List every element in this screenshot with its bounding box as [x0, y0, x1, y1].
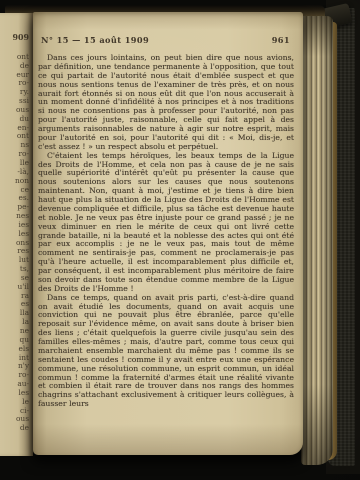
issue-label: N° 15 — 15 août 1909 [41, 35, 149, 45]
page-paragraphs: Dans ces jours lointains, on peut bien d… [38, 54, 294, 409]
paragraph: Dans ce temps, quand on avait pris parti… [38, 294, 294, 409]
facing-page-edge: 909 ontdeeurro-ry.ssiousduen-ontnsro-lle… [0, 13, 33, 456]
book-fore-edge-pages [301, 16, 333, 465]
facing-page-fragment: de [0, 424, 29, 433]
paragraph: Dans ces jours lointains, on peut bien d… [38, 54, 294, 152]
page-number: 961 [272, 35, 290, 45]
paragraph: C'étaient les temps héroïques, les beaux… [38, 152, 294, 294]
page-header: N° 15 — 15 août 1909 961 [38, 35, 294, 45]
facing-page-header-fragment: 909 [0, 34, 29, 43]
book-page: N° 15 — 15 août 1909 961 Dans ces jours … [33, 12, 303, 455]
facing-page-fragment-list: ontdeeurro-ry.ssiousduen-ontnsro-lle-là,… [0, 53, 29, 433]
facing-page-text-fragments: 909 ontdeeurro-ry.ssiousduen-ontnsro-lle… [0, 13, 33, 433]
page-content: N° 15 — 15 août 1909 961 Dans ces jours … [33, 12, 303, 455]
